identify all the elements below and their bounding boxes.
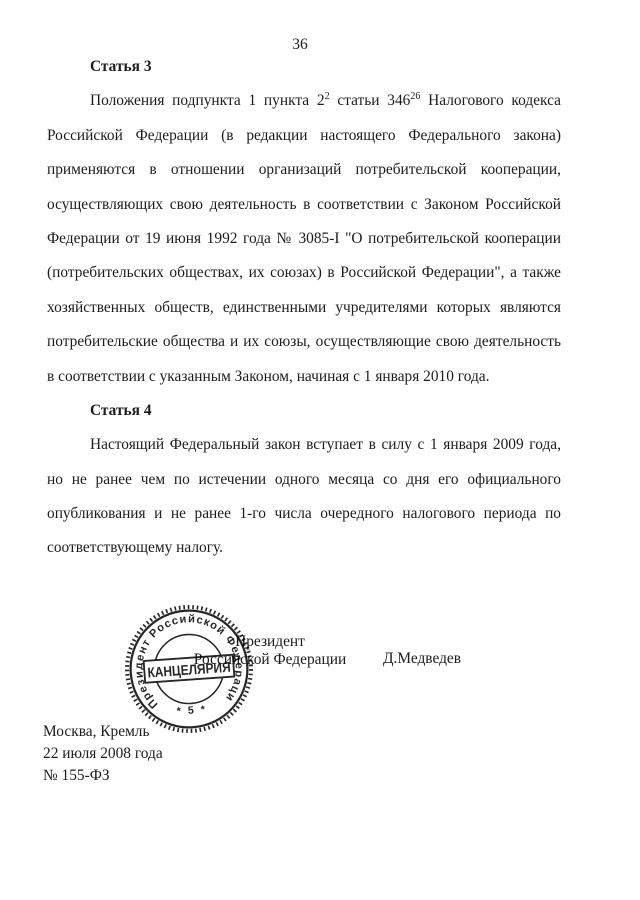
text-segment: статьи 346: [330, 92, 411, 109]
footer-number: № 155-ФЗ: [43, 765, 163, 787]
text-line: потребительские общества и их союзы, осу…: [47, 325, 561, 359]
article-3-paragraph: Положения подпункта 1 пункта 22 статьи 3…: [47, 84, 561, 394]
text-line: опубликования и не ранее 1-го числа очер…: [47, 497, 561, 531]
article-3-heading: Статья 3: [47, 50, 561, 84]
article-4-paragraph: Настоящий Федеральный закон вступает в с…: [47, 428, 561, 566]
document-page: 36 Статья 3 Положения подпункта 1 пункта…: [0, 0, 640, 900]
text-line: Настоящий Федеральный закон вступает в с…: [47, 428, 561, 462]
stamp-bottom-text: * 5 *: [176, 704, 207, 718]
text-line: применяются в отношении организаций потр…: [47, 153, 561, 187]
signature-name: Д.Медведев: [383, 650, 461, 668]
chancellery-stamp-icon: Президент Российской Федерации * 5 * КАН…: [119, 599, 260, 740]
text-segment: Положения подпункта 1 пункта 2: [90, 92, 325, 109]
document-body: Статья 3 Положения подпункта 1 пункта 22…: [47, 50, 561, 566]
text-line: но не ранее чем по истечении одного меся…: [47, 463, 561, 497]
text-line: Положения подпункта 1 пункта 22 статьи 3…: [47, 84, 561, 118]
text-line: соответствующему налогу.: [47, 531, 561, 565]
text-line: осуществляющих свою деятельность в соотв…: [47, 188, 561, 222]
text-line: Федерации от 19 июня 1992 года № 3085-I …: [47, 222, 561, 256]
text-line: Российской Федерации (в редакции настоящ…: [47, 119, 561, 153]
superscript: 26: [410, 91, 420, 102]
text-segment: Налогового кодекса: [420, 92, 561, 109]
footer-date: 22 июля 2008 года: [43, 743, 163, 765]
text-line: в соответствии с указанным Законом, начи…: [47, 360, 561, 394]
article-4-heading: Статья 4: [47, 394, 561, 428]
text-line: (потребительских обществах, их союзах) в…: [47, 256, 561, 290]
footer-place: Москва, Кремль: [43, 721, 163, 743]
text-line: хозяйственных обществ, единственными учр…: [47, 291, 561, 325]
footer-block: Москва, Кремль 22 июля 2008 года № 155-Ф…: [43, 721, 163, 787]
